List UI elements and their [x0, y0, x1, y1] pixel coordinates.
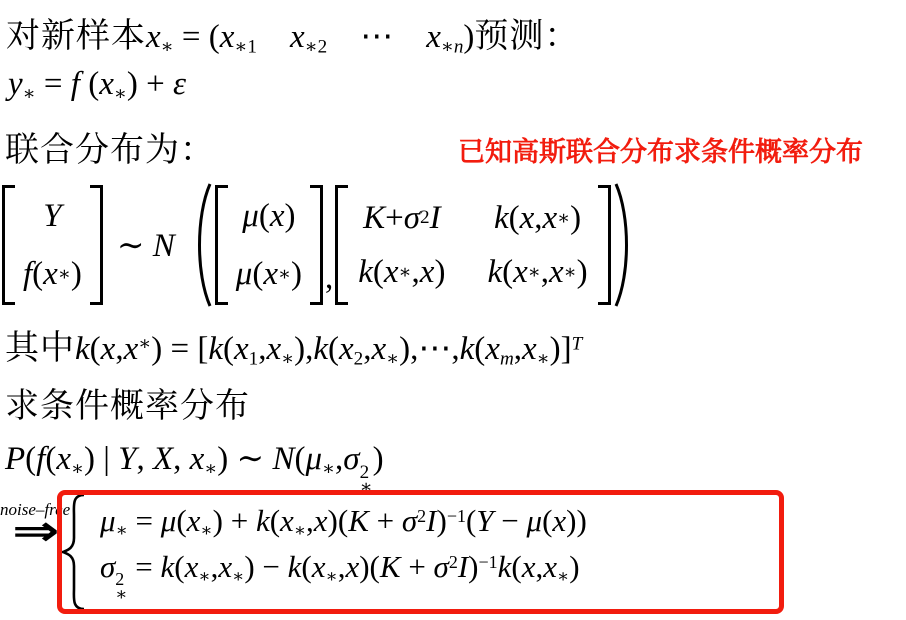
kernel-vector-prefix-text: 其中 [5, 320, 75, 369]
conditional-heading: 求条件概率分布 [5, 378, 250, 427]
conditional-heading-text: 求条件概率分布 [5, 378, 250, 427]
left-bracket-icon [335, 185, 348, 305]
posterior-mean-formula: μ∗ = μ(x∗) + k(x∗,x)(K + σ2I)−1(Y − μ(x)… [100, 503, 779, 541]
left-paren-icon [189, 181, 213, 309]
result-highlight-box: μ∗ = μ(x∗) + k(x∗,x)(K + σ2I)−1(Y − μ(x)… [57, 490, 784, 614]
prediction-model-line: y∗ = f (x∗) + ε [8, 66, 186, 105]
right-bracket-icon [90, 185, 103, 305]
new-sample-suffix-text: 预测： [474, 8, 579, 57]
covariance-cell-r2c2: k(x∗,x∗) [487, 245, 587, 299]
new-sample-formula: x∗ = (x∗1 x∗2 ⋯ x∗n) [146, 16, 474, 58]
posterior-distribution-formula: P(f(x∗) | Y, X, x∗) ∼ N(μ∗,σ2∗) [5, 438, 384, 495]
right-paren-icon [613, 181, 637, 309]
mean-vector-row2: μ(x∗) [236, 247, 302, 301]
right-bracket-icon [310, 185, 323, 305]
lhs-vector-row2: f (x∗) [23, 247, 82, 301]
posterior-distribution-line: P(f(x∗) | Y, X, x∗) ∼ N(μ∗,σ2∗) [5, 438, 384, 495]
prediction-model-formula: y∗ = f (x∗) + ε [8, 66, 186, 105]
lhs-vector-row1: Y [23, 189, 82, 243]
kernel-vector-formula: k(x,x∗) = [k(x1,x∗),k(x2,x∗),⋯,k(xm,x∗)]… [75, 328, 582, 370]
joint-distribution-label: 联合分布为： [5, 122, 215, 171]
joint-distribution-heading: 联合分布为： [5, 122, 215, 171]
covariance-cell-r1c2: k(x,x∗) [487, 191, 587, 245]
distributed-as-symbol: ∼ N [117, 225, 175, 265]
mean-vector: μ(x) μ(x∗) [215, 183, 323, 307]
joint-distribution-equation: Y f (x∗) ∼ N μ(x) μ(x∗) , K + σ2I k(x,x∗… [2, 179, 639, 311]
new-sample-line: 对新样本 x∗ = (x∗1 x∗2 ⋯ x∗n) 预测： [6, 8, 579, 58]
covariance-matrix: K + σ2I k(x,x∗) k(x∗,x) k(x∗,x∗) [335, 183, 610, 307]
covariance-cell-r2c1: k(x∗,x) [358, 245, 445, 299]
left-bracket-icon [215, 185, 228, 305]
red-annotation-text: 已知高斯联合分布求条件概率分布 [458, 130, 863, 169]
new-sample-prefix-text: 对新样本 [6, 8, 146, 57]
right-bracket-icon [598, 185, 611, 305]
posterior-variance-formula: σ2∗ = k(x∗,x∗) − k(x∗,x)(K + σ2I)−1k(x,x… [100, 549, 779, 601]
left-bracket-icon [2, 185, 15, 305]
kernel-vector-line: 其中 k(x,x∗) = [k(x1,x∗),k(x2,x∗),⋯,k(xm,x… [5, 320, 582, 370]
notes-page: 对新样本 x∗ = (x∗1 x∗2 ⋯ x∗n) 预测： y∗ = f (x∗… [0, 0, 906, 620]
lhs-vector: Y f (x∗) [2, 183, 103, 307]
implies-arrow: ⇒ [12, 506, 60, 555]
mean-vector-row1: μ(x) [236, 189, 302, 243]
comma-separator: , [325, 260, 333, 297]
covariance-cell-r1c1: K + σ2I [358, 191, 445, 245]
